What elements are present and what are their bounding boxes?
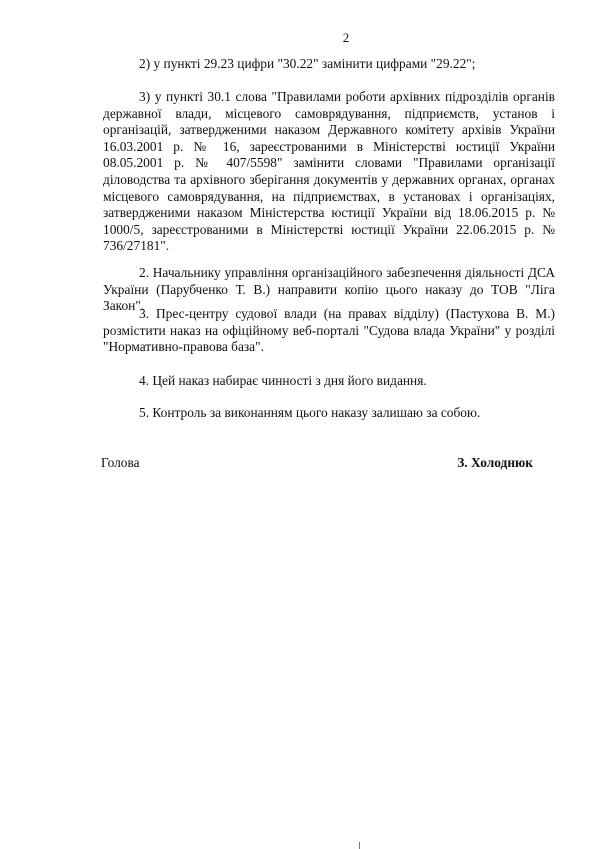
paragraph-item-2: 2) у пункті 29.23 цифри "30.22" замінити… bbox=[139, 56, 475, 73]
scan-edge-mark bbox=[359, 842, 360, 849]
page-number: 2 bbox=[0, 30, 612, 46]
paragraph-point-5: 5. Контроль за виконанням цього наказу з… bbox=[139, 405, 480, 422]
paragraph-point-3: 3. Прес-центру судової влади (на правах … bbox=[103, 306, 555, 356]
signature-title: Голова bbox=[101, 455, 140, 471]
signature-name: З. Холоднюк bbox=[457, 455, 533, 471]
paragraph-item-3: 3) у пункті 30.1 слова "Правилами роботи… bbox=[103, 89, 555, 255]
paragraph-point-4: 4. Цей наказ набирає чинності з дня його… bbox=[139, 373, 427, 390]
